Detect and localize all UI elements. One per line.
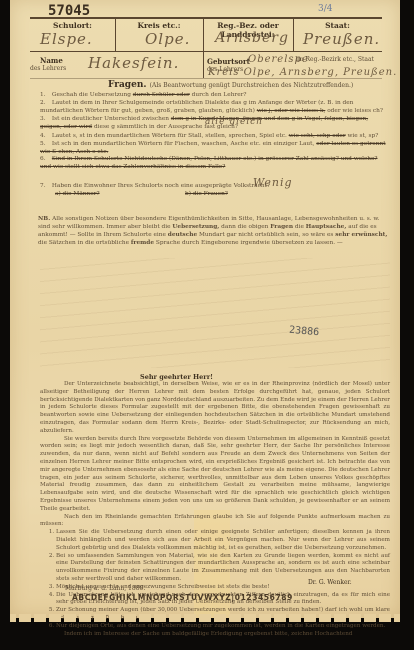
question-7-sub-b: b) die Frauen? — [185, 190, 335, 198]
struck-option: wie scht, schp oder — [289, 133, 346, 139]
letter-paragraph: Der Unterzeichnete beabsichtigt, in ders… — [40, 381, 390, 436]
question-2: 2. Lautet in dem in Ihrer Schulgemeinde … — [40, 99, 390, 115]
letter-paragraph: Sie werden bereits durch Ihre vorgesetzt… — [40, 436, 390, 514]
answer-3-handwritten: alle gleich — [205, 117, 263, 127]
regbez-value: Arnsberg — [215, 30, 289, 46]
corner-mark: 3/4 — [318, 4, 332, 14]
answer-7-handwritten: Wenig — [253, 176, 293, 189]
kreis-label: Kreis etc.: — [115, 21, 203, 30]
schulort-value: Elspe. — [40, 30, 93, 48]
birthplace-value-line2: Kreis Olpe, Arnsberg, Preußen. — [208, 67, 397, 78]
header-bottom-rule — [30, 78, 382, 79]
bleed-through-area — [40, 258, 390, 368]
header-top-rule — [30, 17, 382, 19]
struck-option: wie j, oder wie leises k, — [257, 108, 326, 114]
letter-point: Nur diejenigen Orte, aus denen eine Uebe… — [56, 623, 390, 631]
staat-label: Staat: — [293, 21, 382, 30]
teacher-name-value: Hakesfein. — [88, 54, 179, 72]
alphabet-strip: ABCDEFGHIKLMNOPQRSTUVWXYZ|0123456789 — [72, 593, 293, 602]
header-mid-rule — [30, 51, 382, 52]
question-4: 4. Lautet s, st in den mundartlichen Wör… — [40, 132, 390, 140]
struck-option: durch Schüler oder — [133, 92, 190, 98]
question-5: 5. Ist sch in den mundartlichen Wörtern … — [40, 140, 390, 156]
questions-subtitle: (Als Beantwortung genügt Durchstreichen … — [150, 82, 354, 89]
nb-note: NB. Alle sonstigen Notizen über besonder… — [38, 215, 388, 247]
staat-value: Preußen. — [303, 30, 380, 48]
question-1: 1. Geschah die Uebersetzung durch Schüle… — [40, 91, 390, 99]
questionnaire-sheet: 57045 3/4 Schulort: Kreis etc.: Reg.-Bez… — [10, 0, 400, 618]
birthplace-value-line1: Oberelspe — [248, 54, 309, 65]
schulort-label: Schulort: — [30, 21, 115, 30]
question-7: 7. Haben die Einwohner Ihres Schulorts n… — [40, 182, 390, 190]
teacher-name-label: Name — [40, 56, 63, 65]
birthplace-label: Geburtsort — [207, 57, 250, 66]
letter-point: Zur Schonung meiner Augen (über 30,000 U… — [56, 607, 390, 623]
kreis-value: Olpe. — [145, 30, 190, 48]
struck-option: Sind in Ihrem Schulorte Nichtdeutsche (D… — [40, 156, 378, 170]
letter-closing-line: Indem ich im Interesse der Sache um bald… — [40, 631, 390, 639]
question-6: 6. Sind in Ihrem Schulorte Nichtdeutsche… — [40, 155, 390, 171]
teacher-name-sublabel: des Lehrers — [30, 65, 66, 72]
questions-heading: Fragen. — [108, 80, 147, 90]
place-date: Marburg a. d. Lahn, 1880. — [65, 585, 145, 592]
questions-title: Fragen. (Als Beantwortung genügt Durchst… — [108, 80, 353, 90]
letter-point: Lassen Sie die Uebersetzung durch einen … — [56, 529, 390, 552]
letter-greeting: Sehr geehrter Herr! — [140, 373, 213, 381]
letter-paragraph: Nach den im Rheinlande gemachten Erfahru… — [40, 514, 390, 530]
signature: Dr. G. Wenker. — [308, 579, 352, 586]
